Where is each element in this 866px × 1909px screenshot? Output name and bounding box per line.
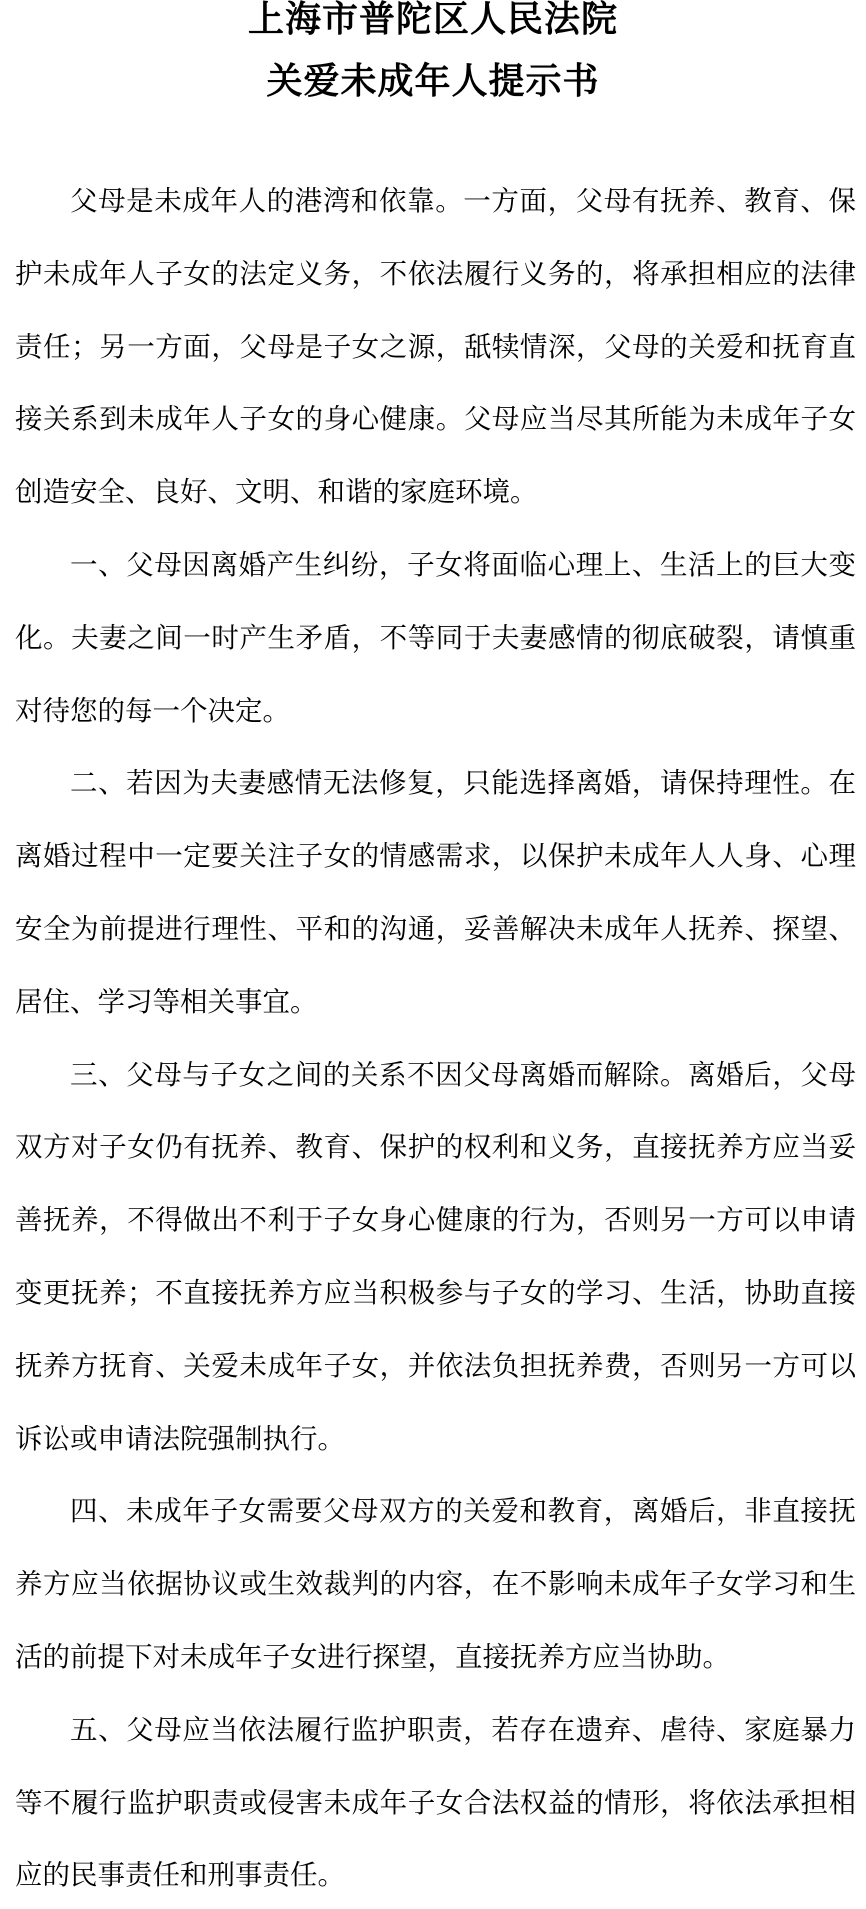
text-line: 接关系到未成年人子女的身心健康。父母应当尽其所能为未成年子女 [15,383,856,456]
text-line: 创造安全、良好、文明、和谐的家庭环境。 [15,456,856,529]
text-line: 三、父母与子女之间的关系不因父母离婚而解除。离婚后，父母 [15,1039,856,1112]
text-line: 诉讼或申请法院强制执行。 [15,1403,856,1476]
text-line: 一、父母因离婚产生纠纷，子女将面临心理上、生活上的巨大变 [15,529,856,602]
text-line: 护未成年人子女的法定义务，不依法履行义务的，将承担相应的法律 [15,238,856,311]
text-line: 安全为前提进行理性、平和的沟通，妥善解决未成年人抚养、探望、 [15,893,856,966]
text-line: 等不履行监护职责或侵害未成年子女合法权益的情形，将依法承担相 [15,1767,856,1840]
text-line: 四、未成年子女需要父母双方的关爱和教育，离婚后，非直接抚 [15,1475,856,1548]
text-line: 抚养方抚育、关爱未成年子女，并依法负担抚养费，否则另一方可以 [15,1330,856,1403]
text-line: 居住、学习等相关事宜。 [15,966,856,1039]
text-line: 化。夫妻之间一时产生矛盾，不等同于夫妻感情的彻底破裂，请慎重 [15,602,856,675]
text-line: 二、若因为夫妻感情无法修复，只能选择离婚，请保持理性。在 [15,747,856,820]
paragraph-1: 父母是未成年人的港湾和依靠。一方面，父母有抚养、教育、保护未成年人子女的法定义务… [15,165,856,529]
text-line: 五、父母应当依法履行监护职责，若存在遗弃、虐待、家庭暴力 [15,1694,856,1767]
text-line: 应的民事责任和刑事责任。 [15,1839,856,1909]
text-line: 对待您的每一个决定。 [15,675,856,748]
document-title-line-2: 关爱未成年人提示书 [0,50,866,112]
text-line: 离婚过程中一定要关注子女的情感需求，以保护未成年人人身、心理 [15,820,856,893]
paragraph-2: 一、父母因离婚产生纠纷，子女将面临心理上、生活上的巨大变化。夫妻之间一时产生矛盾… [15,529,856,747]
document-title: 上海市普陀区人民法院 关爱未成年人提示书 [0,0,866,112]
paragraph-3: 二、若因为夫妻感情无法修复，只能选择离婚，请保持理性。在离婚过程中一定要关注子女… [15,747,856,1038]
paragraph-6: 五、父母应当依法履行监护职责，若存在遗弃、虐待、家庭暴力等不履行监护职责或侵害未… [15,1694,856,1909]
text-line: 变更抚养；不直接抚养方应当积极参与子女的学习、生活，协助直接 [15,1257,856,1330]
text-line: 双方对子女仍有抚养、教育、保护的权利和义务，直接抚养方应当妥 [15,1111,856,1184]
document-body: 父母是未成年人的港湾和依靠。一方面，父母有抚养、教育、保护未成年人子女的法定义务… [15,165,856,1909]
text-line: 责任；另一方面，父母是子女之源，舐犊情深，父母的关爱和抚育直 [15,311,856,384]
text-line: 善抚养，不得做出不利于子女身心健康的行为，否则另一方可以申请 [15,1184,856,1257]
text-line: 父母是未成年人的港湾和依靠。一方面，父母有抚养、教育、保 [15,165,856,238]
text-line: 活的前提下对未成年子女进行探望，直接抚养方应当协助。 [15,1621,856,1694]
document-page: 上海市普陀区人民法院 关爱未成年人提示书 父母是未成年人的港湾和依靠。一方面，父… [0,0,866,1909]
paragraph-5: 四、未成年子女需要父母双方的关爱和教育，离婚后，非直接抚养方应当依据协议或生效裁… [15,1475,856,1693]
text-line: 养方应当依据协议或生效裁判的内容，在不影响未成年子女学习和生 [15,1548,856,1621]
document-title-line-1: 上海市普陀区人民法院 [0,0,866,50]
paragraph-4: 三、父母与子女之间的关系不因父母离婚而解除。离婚后，父母双方对子女仍有抚养、教育… [15,1039,856,1476]
